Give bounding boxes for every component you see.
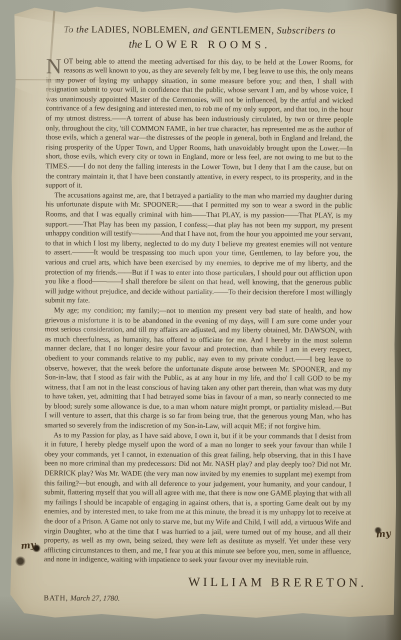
- signature-william-brereton: WILLIAM BRERETON.: [188, 575, 367, 590]
- handwritten-annotation-right: my: [376, 529, 392, 540]
- ink-blot: [15, 556, 26, 566]
- paper-stain: [9, 435, 44, 555]
- paragraph-play-defence: As to my Passion for play, as I have sai…: [44, 431, 352, 567]
- signature-row: WILLIAM BRERETON.: [44, 572, 367, 591]
- title-segment: LOWER ROOMS.: [145, 38, 271, 51]
- paragraph-circumstances: My age; my condition; my family;—not to …: [44, 306, 352, 432]
- handwritten-annotation-left: my: [21, 541, 37, 552]
- title-segment: LADIES, NOBLEMEN,: [91, 26, 192, 36]
- title-segment: and: [193, 26, 211, 36]
- title-line-1: To the LADIES, NOBLEMEN, and GENTLEMEN, …: [46, 25, 353, 36]
- broadside-document: To the LADIES, NOBLEMEN, and GENTLEMEN, …: [9, 5, 399, 621]
- opening-paragraph: NOT being able to attend the meeting adv…: [46, 57, 354, 193]
- dateline-place: BATH,: [44, 593, 69, 602]
- document-title: To the LADIES, NOBLEMEN, and GENTLEMEN, …: [46, 25, 353, 51]
- title-segment: GENTLEMEN,: [211, 26, 277, 36]
- paragraph-text: OT being able to attend the meeting adve…: [46, 57, 354, 190]
- dateline: BATH,March 27, 1780.: [44, 593, 351, 603]
- paper-stain: [359, 47, 398, 227]
- title-line-2: the LOWER ROOMS.: [46, 38, 353, 51]
- photo-background: To the LADIES, NOBLEMEN, and GENTLEMEN, …: [0, 0, 401, 640]
- title-segment: the: [129, 38, 145, 50]
- paragraph-accusations: The accusations against me, are, that I …: [45, 191, 352, 307]
- title-segment: Subscribers to: [277, 26, 336, 36]
- dateline-date: March 27, 1780.: [70, 593, 120, 602]
